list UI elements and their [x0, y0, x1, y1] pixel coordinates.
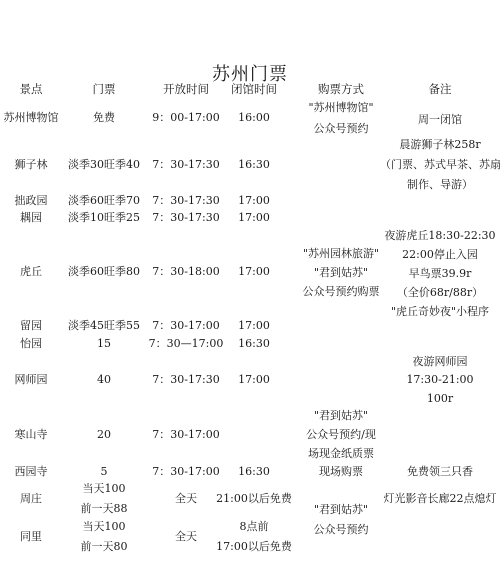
table-row-name: 虎丘 — [0, 262, 62, 281]
header-price: 门票 — [62, 80, 146, 99]
table-row-name: 苏州博物馆 — [0, 108, 62, 127]
table-row-name: 西园寺 — [0, 462, 62, 481]
table-row-name: 同里 — [0, 527, 62, 546]
note-line: 夜游网师园 — [380, 352, 500, 371]
buy-method-line: 公众号预约/现 — [282, 425, 400, 444]
table-row-name: 寒山寺 — [0, 425, 62, 444]
table-row-price: 当天100 — [62, 479, 146, 498]
table-row-close: 16:30 — [212, 155, 296, 174]
note-line: 免费领三只香 — [380, 462, 500, 481]
note-line: 晨游狮子林258r — [380, 135, 500, 154]
note-line: 早鸟票39.9r — [380, 264, 500, 283]
table-row-price: 前一天80 — [62, 537, 146, 556]
table-row-name: 周庄 — [0, 489, 62, 508]
table-row-price: 淡季45旺季55 — [62, 316, 146, 335]
note-line: 22:00停止入园 — [380, 245, 500, 264]
table-row-name: 耦园 — [0, 208, 62, 227]
table-row-price: 15 — [62, 334, 146, 353]
buy-method-line: "君到姑苏" — [282, 500, 400, 519]
table-row-close: 8点前 — [212, 517, 296, 536]
table-row-close: 17:00 — [212, 316, 296, 335]
table-row-close: 17:00 — [212, 370, 296, 389]
table-row-name: 留园 — [0, 316, 62, 335]
header-name: 景点 — [0, 80, 62, 99]
note-line: 周一闭馆 — [380, 110, 500, 129]
table-row-price: 淡季10旺季25 — [62, 208, 146, 227]
table-row-price: 20 — [62, 425, 146, 444]
note-line: 17:30-21:00 — [380, 370, 500, 389]
table-row-price: 当天100 — [62, 517, 146, 536]
note-line: 制作、导游） — [380, 175, 500, 194]
note-line: "虎丘奇妙夜"小程序 — [380, 302, 500, 321]
table-row-price: 淡季60旺季80 — [62, 262, 146, 281]
table-row-close: 16:30 — [212, 334, 296, 353]
table-row-price: 40 — [62, 370, 146, 389]
table-row-close: 17:00以后免费 — [212, 537, 296, 556]
table-row-name: 怡园 — [0, 334, 62, 353]
note-line: （全价68r/88r） — [380, 283, 500, 302]
table-row-name: 网师园 — [0, 370, 62, 389]
buy-method-line: 场现金纸质票 — [282, 444, 400, 463]
note-line: 夜游虎丘18:30-22:30 — [380, 226, 500, 245]
buy-method-line: "君到姑苏" — [282, 406, 400, 425]
table-row-name: 狮子林 — [0, 155, 62, 174]
table-row-price: 免费 — [62, 108, 146, 127]
table-row-price: 前一天88 — [62, 499, 146, 518]
table-row-price: 淡季30旺季40 — [62, 155, 146, 174]
table-row-open: 7：30-17:00 — [146, 425, 226, 444]
buy-method-line: 公众号预约 — [282, 520, 400, 539]
table-row-close: 17:00 — [212, 208, 296, 227]
header-note: 备注 — [380, 80, 500, 99]
note-line: （门票、苏式早茶、苏扇 — [380, 155, 500, 174]
